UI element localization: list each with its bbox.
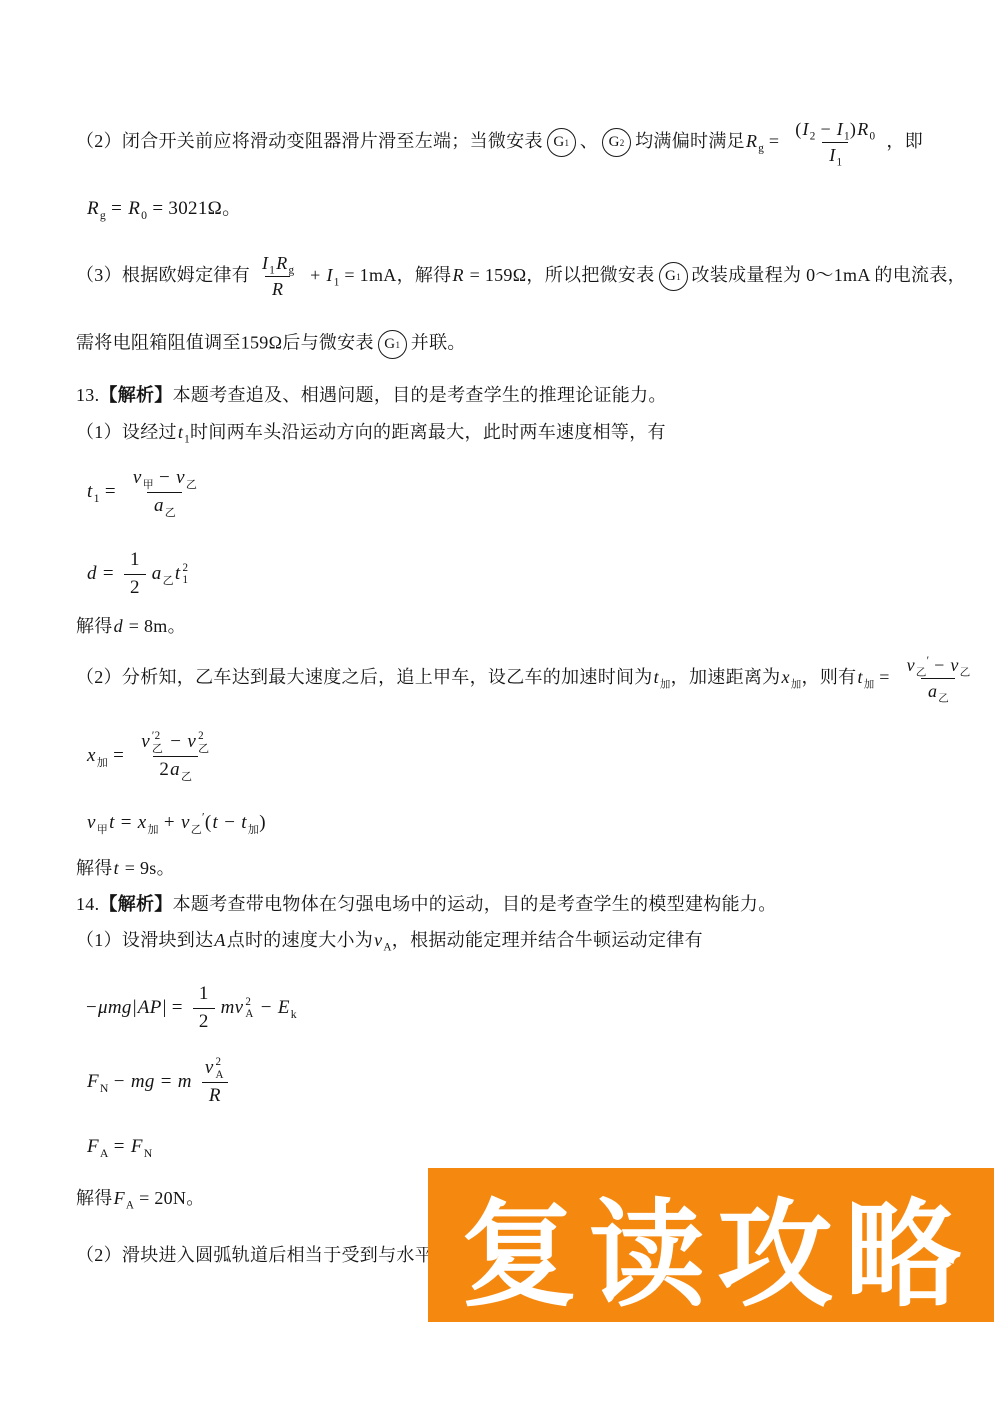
math-token: =: [875, 667, 895, 687]
math-token: −: [929, 655, 949, 675]
text-run: 本题考查追及、相遇问题，目的是考查学生的推理论证能力。: [173, 385, 667, 405]
inline-formula: t加: [653, 667, 671, 687]
math-token: +: [305, 265, 325, 285]
fraction-denominator: I1: [822, 142, 848, 167]
galvanometer-icon: G1: [547, 128, 576, 157]
math-token: t: [856, 667, 863, 687]
inline-formula: vA: [373, 930, 392, 950]
inline-formula: FA = FN: [86, 1136, 153, 1157]
math-token: = 20N: [134, 1188, 186, 1208]
math-token: AP: [137, 997, 163, 1018]
math-sub: 乙: [938, 694, 949, 705]
math-token: −: [109, 1071, 130, 1092]
math-token: x: [780, 667, 790, 687]
fraction-numerator: (I2 − I1)R0: [789, 118, 881, 142]
math-token: I: [801, 119, 809, 139]
math-token: I: [828, 145, 836, 165]
math-token: a: [153, 495, 165, 516]
text-run: ，解得: [397, 265, 452, 285]
math-token: v: [186, 731, 197, 752]
fraction: v′2乙 − v2乙2a乙: [134, 730, 217, 783]
text-run: ，根据动能定理并结合牛顿运动定律有: [392, 930, 703, 950]
text-run: 并联。: [411, 333, 466, 353]
math-token: =: [98, 563, 119, 584]
ans12-part3-line1: （3）根据欧姆定律有I1RgR + I1 = 1mA，解得R = 159Ω，所以…: [76, 252, 966, 302]
fraction-denominator: a乙: [147, 492, 182, 519]
q14-formula-fa: FA = FN: [86, 1134, 153, 1161]
inline-formula: FN − mg = mv2AR: [86, 1071, 237, 1092]
inline-formula: −μmg|AP| = 12mv2A − Ek: [86, 997, 297, 1018]
fraction-numerator: v乙′ − v乙: [900, 654, 977, 678]
fraction-numerator: v′2乙 − v2乙: [134, 730, 217, 756]
math-sub: 加: [864, 680, 875, 691]
math-token: −: [165, 731, 186, 752]
text-run: 、: [580, 131, 598, 151]
math-sub: 1: [837, 157, 843, 169]
text-run: 。: [157, 858, 175, 878]
math-token: = 1mA: [340, 265, 397, 285]
text-run: （2）闭合开关前应将滑动变阻器滑片滑至左端；当微安表: [76, 131, 543, 151]
galvanometer-icon: G1: [378, 330, 407, 359]
math-token: = 3021Ω: [147, 198, 222, 219]
math-token: =: [109, 1136, 130, 1157]
inline-formula: I1RgR + I1 = 1mA: [250, 265, 397, 285]
q13-result-d: 解得d = 8m。: [76, 614, 186, 639]
stacked-supsub: ′2乙: [152, 730, 163, 755]
math-token: R: [271, 279, 284, 299]
math-sub: k: [291, 1007, 297, 1020]
math-token: +: [159, 812, 180, 833]
q14-part1-setup: （1）设滑块到达A点时的速度大小为vA，根据动能定理并结合牛顿运动定律有: [76, 928, 703, 953]
math-sub: 甲: [97, 824, 108, 836]
math-token: =: [764, 131, 784, 151]
repeat-study-banner: 复读攻略: [428, 1168, 994, 1322]
inline-formula: x加: [780, 667, 801, 687]
math-token: F: [86, 1136, 100, 1157]
stacked-supsub: 2A: [245, 996, 253, 1021]
fraction: I1RgR: [255, 252, 300, 302]
math-token: a: [151, 563, 163, 584]
math-sub: 乙: [163, 574, 174, 586]
document-page: （2）闭合开关前应将滑动变阻器滑片滑至左端；当微安表G1、G2均满偏时满足Rg …: [0, 0, 1000, 1414]
math-sub: 加: [97, 757, 108, 769]
math-token: ): [259, 812, 266, 833]
math-token: mg: [130, 1071, 156, 1092]
math-sub: 0: [870, 131, 876, 143]
math-token: t: [653, 667, 660, 687]
math-token: R: [856, 119, 869, 139]
math-token: x: [86, 745, 97, 766]
q13-analysis-heading: 13.【解析】本题考查追及、相遇问题，目的是考查学生的推理论证能力。: [76, 383, 667, 408]
math-sub: 加: [791, 680, 802, 691]
q13-part1-setup: （1）设经过t1时间两车头沿运动方向的距离最大，此时两车速度相等，有: [76, 420, 666, 445]
math-token: v: [204, 1057, 215, 1078]
math-sub: N: [100, 1082, 109, 1095]
inline-formula: t1 = v甲 − v乙a乙: [86, 481, 208, 502]
text-run: 点时的速度大小为: [227, 930, 373, 950]
math-sub: 乙: [960, 668, 971, 679]
math-token: 2: [130, 577, 140, 598]
math-token: t: [240, 812, 248, 833]
math-token: A: [213, 930, 226, 950]
fraction: 12: [124, 548, 146, 600]
math-token: 1: [199, 983, 209, 1004]
text-run: 解得: [76, 858, 113, 878]
math-token: −: [86, 997, 97, 1018]
math-token: m: [177, 1071, 193, 1092]
math-sub: 乙: [186, 479, 197, 491]
math-token: F: [113, 1188, 126, 1208]
fraction: v甲 − v乙a乙: [126, 466, 203, 518]
math-token: −: [219, 812, 240, 833]
math-token: v: [180, 812, 191, 833]
math-token: −: [256, 997, 277, 1018]
fraction-numerator: 1: [193, 982, 215, 1008]
text-run: 解得: [76, 1188, 113, 1208]
math-token: =: [108, 745, 129, 766]
math-token: I: [836, 119, 844, 139]
bold-text-run: 【解析】: [99, 894, 172, 914]
math-token: μmg: [97, 997, 133, 1018]
text-run: 。: [168, 616, 186, 636]
inline-formula: A: [213, 930, 226, 950]
q13-part2-setup: （2）分析知，乙车达到最大速度之后，追上甲车，设乙车的加速时间为t加，加速距离为…: [76, 654, 981, 704]
fraction-numerator: v甲 − v乙: [126, 466, 203, 492]
math-token: v: [86, 812, 97, 833]
math-token: =: [116, 812, 137, 833]
math-token: −: [154, 467, 175, 488]
inline-formula: Rg = R0 = 3021Ω: [86, 198, 222, 219]
text-run: （1）设经过: [76, 422, 177, 442]
inline-formula: Rg = (I2 − I1)R0I1: [745, 131, 886, 151]
q13-formula-chase: v甲t = x加 + v乙′(t − t加): [86, 810, 266, 837]
fraction-denominator: R: [265, 276, 290, 301]
math-sub: N: [144, 1147, 153, 1160]
math-sub: 乙: [916, 668, 927, 679]
fraction-numerator: 1: [124, 548, 146, 574]
fraction-numerator: v2A: [198, 1056, 232, 1082]
inline-formula: v甲t = x加 + v乙′(t − t加): [86, 812, 266, 833]
q14-part2-setup: （2）滑块进入圆弧轨道后相当于受到与水平: [76, 1243, 433, 1268]
text-run: 本题考查带电物体在匀强电场中的运动，目的是考查学生的模型建构能力。: [173, 894, 777, 914]
q14-formula-circular: FN − mg = mv2AR: [86, 1056, 237, 1109]
math-token: −: [816, 119, 836, 139]
math-token: v: [906, 655, 916, 675]
text-run: 均满偏时满足: [635, 131, 745, 151]
text-run: 需将电阻箱阻值调至159Ω后与微安表: [76, 333, 374, 353]
text-run: 改装成量程为 0～1mA 的电流表，: [692, 265, 966, 285]
q13-formula-t1: t1 = v甲 − v乙a乙: [86, 466, 208, 518]
math-token: (: [205, 812, 212, 833]
text-run: （3）根据欧姆定律有: [76, 265, 250, 285]
math-sub: 加: [660, 680, 671, 691]
fraction: v乙′ − v乙a乙: [900, 654, 977, 704]
math-sub: A: [100, 1147, 109, 1160]
bold-text-run: 【解析】: [99, 385, 172, 405]
math-token: a: [927, 681, 938, 701]
math-token: R: [745, 131, 758, 151]
math-token: R: [86, 198, 100, 219]
math-sub: g: [288, 265, 294, 277]
text-run: 解得: [76, 616, 113, 636]
math-sub: 加: [248, 824, 259, 836]
math-token: t: [108, 812, 116, 833]
math-token: =: [167, 997, 188, 1018]
math-sub: 甲: [143, 479, 154, 491]
text-run: 时间两车头沿运动方向的距离最大，此时两车速度相等，有: [190, 422, 666, 442]
math-token: =: [156, 1071, 177, 1092]
math-token: E: [277, 997, 291, 1018]
text-run: ，所以把微安表: [526, 265, 654, 285]
math-token: =: [100, 481, 121, 502]
math-token: t: [212, 812, 220, 833]
q13-formula-xjia: x加 = v′2乙 − v2乙2a乙: [86, 730, 222, 783]
fraction: v2AR: [198, 1056, 232, 1109]
q13-result-t: 解得t = 9s。: [76, 856, 175, 881]
math-token: mv: [220, 997, 245, 1018]
text-run: （1）设滑块到达: [76, 930, 213, 950]
stacked-supsub: 2A: [216, 1056, 224, 1081]
math-token: t: [113, 858, 120, 878]
fraction-denominator: R: [202, 1082, 228, 1109]
ans12-part3-line2: 需将电阻箱阻值调至159Ω后与微安表G1并联。: [76, 330, 466, 359]
fraction-denominator: a乙: [921, 678, 955, 703]
q13-formula-d: d = 12a乙t21: [86, 548, 190, 600]
inline-formula: d = 8m: [113, 616, 168, 636]
q14-result-fa: 解得FA = 20N。: [76, 1186, 205, 1211]
inline-formula: x加 = v′2乙 − v2乙2a乙: [86, 745, 222, 766]
math-token: R: [275, 253, 288, 273]
math-token: = 9s: [120, 858, 157, 878]
math-token: v: [140, 731, 151, 752]
math-token: 2: [199, 1011, 209, 1032]
stacked-supsub: 21: [182, 562, 188, 587]
text-run: （2）分析知，乙车达到最大速度之后，追上甲车，设乙车的加速时间为: [76, 667, 653, 687]
q14-analysis-heading: 14.【解析】本题考查带电物体在匀强电场中的运动，目的是考查学生的模型建构能力。: [76, 892, 777, 917]
math-token: d: [86, 563, 98, 584]
inline-formula: t = 9s: [113, 858, 157, 878]
math-token: R: [127, 198, 141, 219]
math-token: v: [132, 467, 143, 488]
math-token: I: [325, 265, 333, 285]
math-token: F: [130, 1136, 144, 1157]
math-token: t: [174, 563, 182, 584]
math-sub: 乙: [181, 771, 192, 783]
text-run: 。: [186, 1188, 204, 1208]
math-token: 2: [159, 759, 169, 780]
math-token: = 8m: [124, 616, 168, 636]
text-run: （2）滑块进入圆弧轨道后相当于受到与水平: [76, 1245, 433, 1265]
math-token: v: [175, 467, 186, 488]
math-token: a: [169, 759, 181, 780]
math-token: v: [373, 930, 383, 950]
ans12-part2-line: （2）闭合开关前应将滑动变阻器滑片滑至左端；当微安表G1、G2均满偏时满足Rg …: [76, 118, 923, 168]
fraction: (I2 − I1)R0I1: [789, 118, 881, 168]
inline-formula: R = 159Ω: [451, 265, 526, 285]
text-run: 。: [222, 198, 241, 219]
math-sub: 乙: [191, 824, 202, 836]
text-run: ，即: [886, 131, 923, 151]
text-run: 14.: [76, 894, 99, 914]
inline-formula: t加 = v乙′ − v乙a乙: [856, 667, 981, 687]
galvanometer-icon: G2: [602, 128, 631, 157]
math-sub: A: [126, 1200, 134, 1212]
math-token: 1: [130, 549, 140, 570]
math-token: =: [106, 198, 127, 219]
inline-formula: d = 12a乙t21: [86, 563, 190, 584]
text-run: ，则有: [802, 667, 857, 687]
fraction-denominator: 2: [124, 574, 146, 601]
math-token: x: [137, 812, 148, 833]
math-token: t: [86, 481, 94, 502]
math-sub: 乙: [165, 506, 176, 518]
ans12-part2-result: Rg = R0 = 3021Ω。: [86, 196, 241, 223]
stacked-supsub: 2乙: [198, 730, 209, 755]
galvanometer-icon: G1: [659, 262, 688, 291]
q14-formula-energy: −μmg|AP| = 12mv2A − Ek: [86, 982, 297, 1034]
math-token: v: [949, 655, 959, 675]
text-run: ，加速距离为: [671, 667, 781, 687]
math-sub: 加: [148, 824, 159, 836]
math-sub: A: [383, 942, 391, 954]
math-token: R: [451, 265, 464, 285]
math-token: d: [113, 616, 124, 636]
math-token: F: [86, 1071, 100, 1092]
math-token: = 159Ω: [465, 265, 527, 285]
inline-formula: FA = 20N: [113, 1188, 187, 1208]
fraction-denominator: 2a乙: [153, 756, 198, 783]
fraction: 12: [193, 982, 215, 1034]
fraction-numerator: I1Rg: [255, 252, 300, 276]
fraction-denominator: 2: [193, 1008, 215, 1035]
inline-formula: t1: [177, 422, 190, 442]
math-token: R: [208, 1085, 222, 1106]
text-run: 13.: [76, 385, 99, 405]
